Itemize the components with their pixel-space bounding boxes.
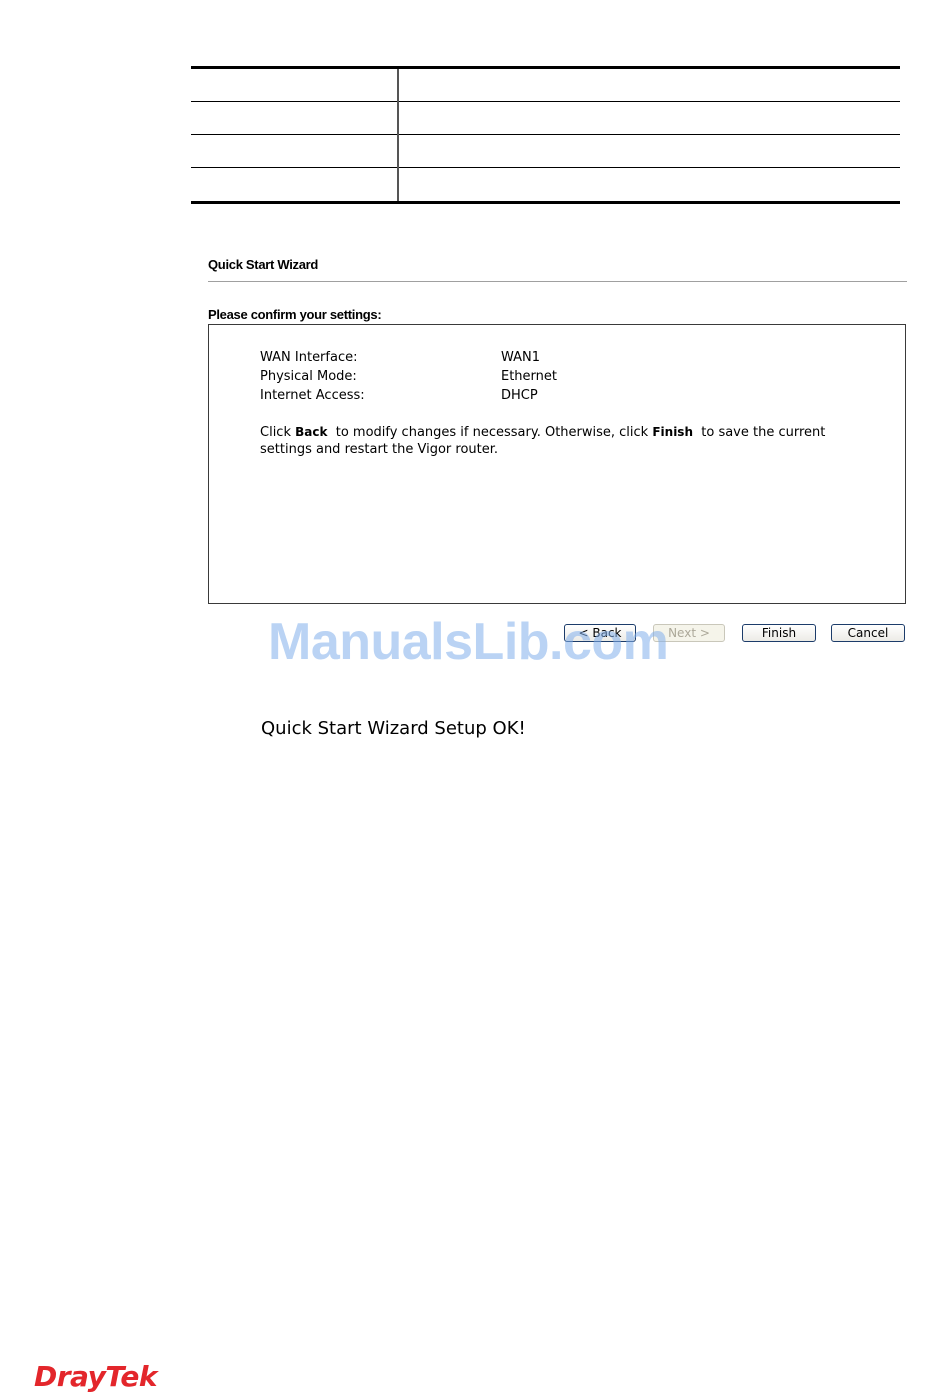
wizard-divider [208,281,907,282]
note-finish-keyword: Finish [652,425,693,439]
confirm-settings-box: WAN Interface: WAN1 Physical Mode: Ether… [208,324,906,604]
setting-internet-access: Internet Access: DHCP [260,386,557,405]
table-row [191,168,900,203]
setting-value: WAN1 [501,348,540,367]
instruction-note: Click Back to modify changes if necessar… [260,424,880,458]
table-row [191,102,900,135]
next-button[interactable]: Next > [653,624,725,642]
note-back-keyword: Back [295,425,327,439]
table-cell [398,135,900,168]
cancel-button[interactable]: Cancel [831,624,905,642]
table-cell [398,102,900,135]
setting-key: WAN Interface: [260,348,501,367]
table-cell [191,168,398,203]
wizard-buttons: < Back Next > Finish Cancel [0,624,950,644]
settings-summary: WAN Interface: WAN1 Physical Mode: Ether… [260,348,557,405]
table-row [191,135,900,168]
note-text: Click [260,425,295,440]
table-cell [191,102,398,135]
table-cell [398,168,900,203]
table-row [191,68,900,102]
note-text: to modify changes if necessary. Otherwis… [327,425,652,440]
setting-physical-mode: Physical Mode: Ethernet [260,367,557,386]
finish-button[interactable]: Finish [742,624,816,642]
setting-wan-interface: WAN Interface: WAN1 [260,348,557,367]
wizard-title: Quick Start Wizard [208,257,318,272]
document-table [191,66,900,204]
setting-value: DHCP [501,386,538,405]
table-cell [191,135,398,168]
back-button[interactable]: < Back [564,624,636,642]
setting-value: Ethernet [501,367,557,386]
confirm-label: Please confirm your settings: [208,307,381,322]
table-cell [398,68,900,102]
setting-key: Physical Mode: [260,367,501,386]
setup-success-message: Quick Start Wizard Setup OK! [261,718,526,739]
draytek-logo: DrayTek [34,1360,157,1393]
table-cell [191,68,398,102]
setting-key: Internet Access: [260,386,501,405]
